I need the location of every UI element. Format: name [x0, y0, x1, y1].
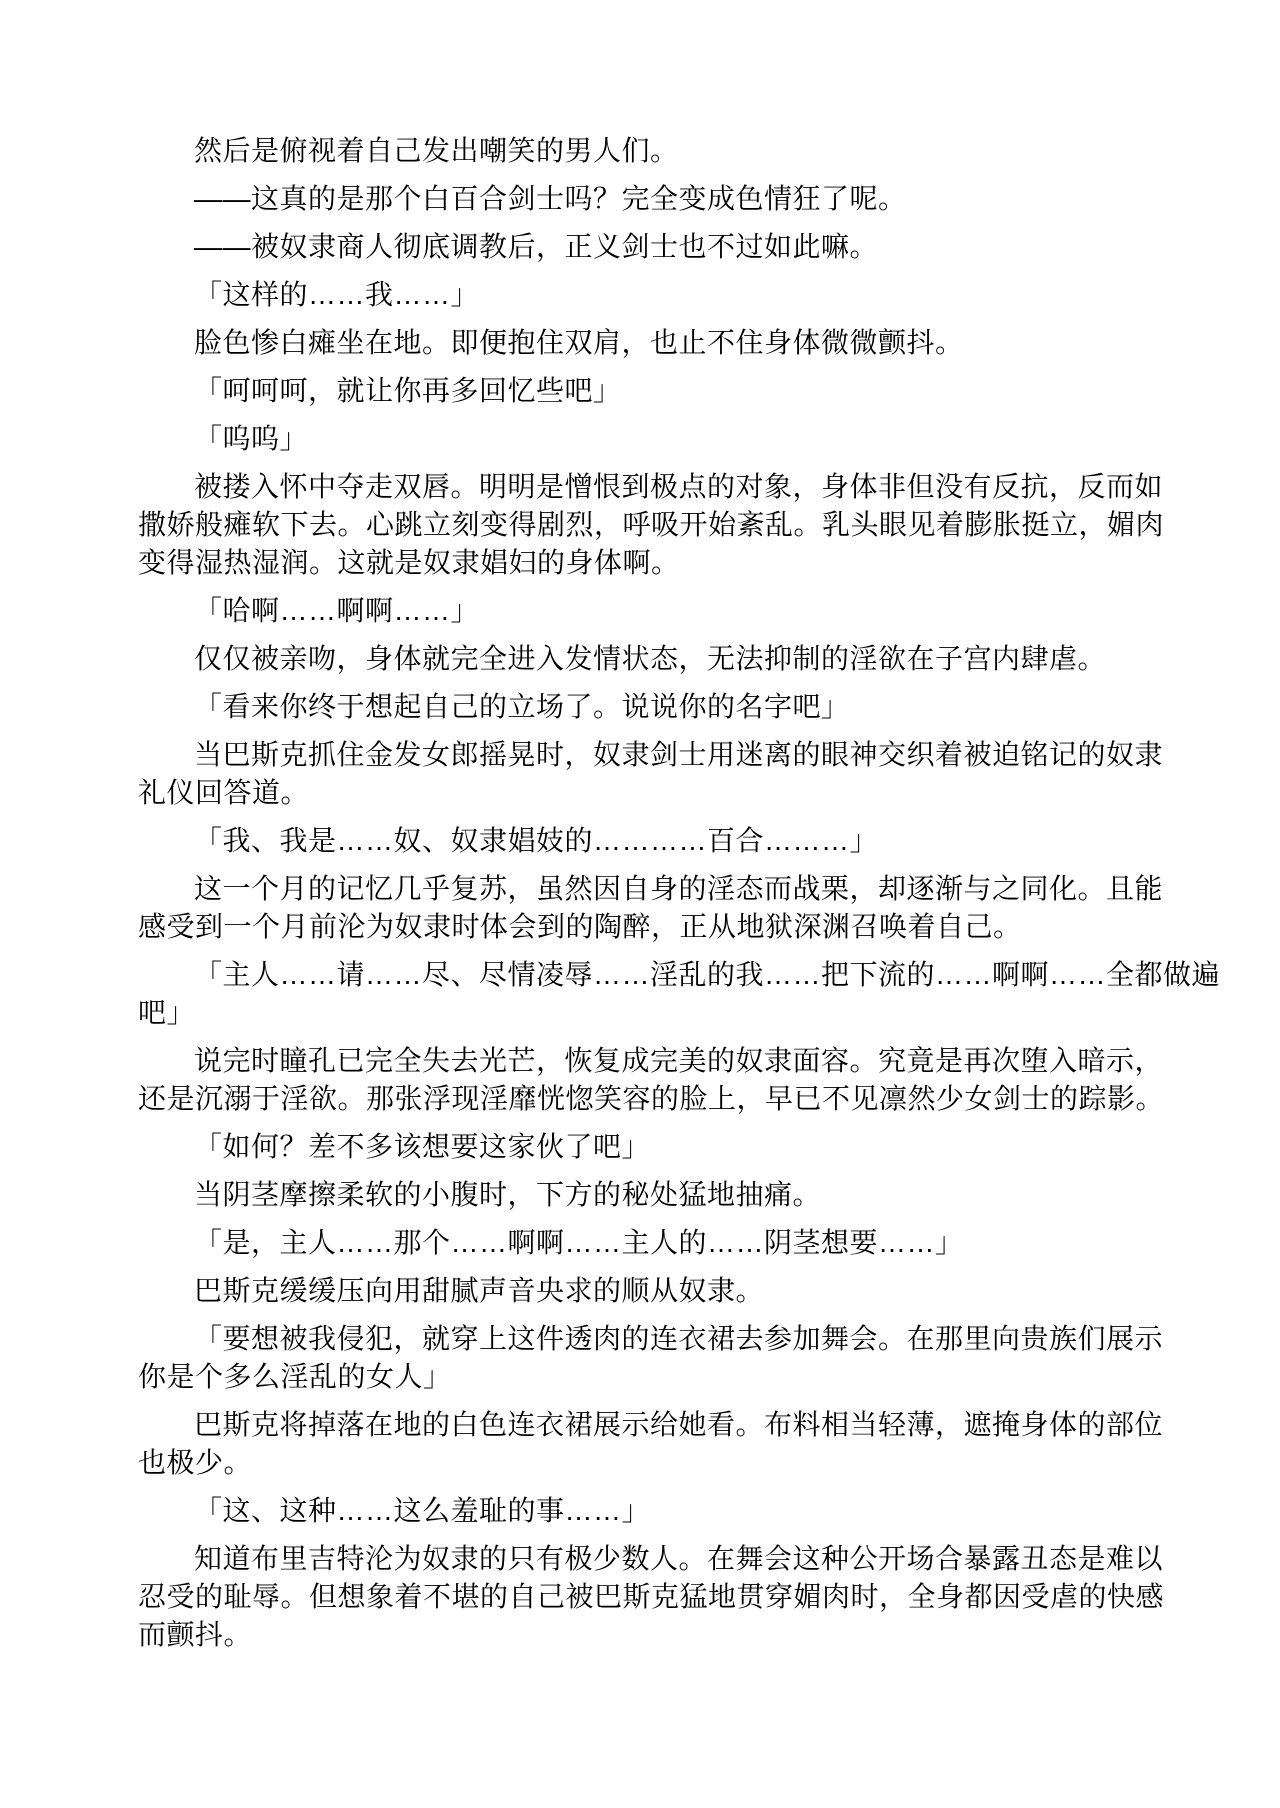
text-line: 「呜呜」 [138, 420, 1170, 458]
text-line: 巴斯克缓缓压向用甜腻声音央求的顺从奴隶。 [138, 1272, 1170, 1310]
novel-page: 然后是俯视着自己发出嘲笑的男人们。——这真的是那个白百合剑士吗？完全变成色情狂了… [0, 0, 1280, 1808]
text-line: 「呵呵呵，就让你再多回忆些吧」 [138, 372, 1170, 410]
text-line: 忍受的耻辱。但想象着不堪的自己被巴斯克猛地贯穿媚肉时，全身都因受虐的快感 [138, 1578, 1170, 1616]
paragraph-dialogue: 「这样的……我……」 [138, 276, 1170, 314]
text-line: 还是沉溺于淫欲。那张浮现淫靡恍惚笑容的脸上，早已不见凛然少女剑士的踪影。 [138, 1080, 1170, 1118]
text-line: 你是个多么淫乱的女人」 [138, 1358, 1170, 1396]
paragraph-dialogue: 「我、我是……奴、奴隶娼妓的…………百合………」 [138, 822, 1170, 860]
text-line: 「这样的……我……」 [138, 276, 1170, 314]
text-line: 撒娇般瘫软下去。心跳立刻变得剧烈，呼吸开始紊乱。乳头眼见着膨胀挺立，媚肉 [138, 506, 1170, 544]
paragraph-dialogue: 「哈啊……啊啊……」 [138, 592, 1170, 630]
text-line: 巴斯克将掉落在地的白色连衣裙展示给她看。布料相当轻薄，遮掩身体的部位 [138, 1406, 1170, 1444]
text-line: ——这真的是那个白百合剑士吗？完全变成色情狂了呢。 [138, 180, 1170, 218]
paragraph-dialogue: 「呜呜」 [138, 420, 1170, 458]
paragraph-narration: 当巴斯克抓住金发女郎摇晃时，奴隶剑士用迷离的眼神交织着被迫铭记的奴隶礼仪回答道。 [138, 736, 1170, 812]
text-line: 「哈啊……啊啊……」 [138, 592, 1170, 630]
text-line: 吧」 [138, 994, 1170, 1032]
paragraph-narration: 这一个月的记忆几乎复苏，虽然因自身的淫态而战栗，却逐渐与之同化。且能感受到一个月… [138, 870, 1170, 946]
paragraph-dialogue: 「主人……请……尽、尽情凌辱……淫乱的我……把下流的……啊啊……全都做遍吧」 [138, 956, 1170, 1032]
text-line: 当巴斯克抓住金发女郎摇晃时，奴隶剑士用迷离的眼神交织着被迫铭记的奴隶 [138, 736, 1170, 774]
text-line: 而颤抖。 [138, 1616, 1170, 1654]
text-line: 「是，主人……那个……啊啊……主人的……阴茎想要……」 [138, 1224, 1170, 1262]
paragraph-dialogue: 「这、这种……这么羞耻的事……」 [138, 1492, 1170, 1530]
text-line: ——被奴隶商人彻底调教后，正义剑士也不过如此嘛。 [138, 228, 1170, 266]
text-line: 感受到一个月前沦为奴隶时体会到的陶醉，正从地狱深渊召唤着自己。 [138, 908, 1170, 946]
text-line: 「看来你终于想起自己的立场了。说说你的名字吧」 [138, 688, 1170, 726]
paragraph-aside: ——这真的是那个白百合剑士吗？完全变成色情狂了呢。 [138, 180, 1170, 218]
text-line: 当阴茎摩擦柔软的小腹时，下方的秘处猛地抽痛。 [138, 1176, 1170, 1214]
paragraph-narration: 巴斯克缓缓压向用甜腻声音央求的顺从奴隶。 [138, 1272, 1170, 1310]
paragraph-narration: 脸色惨白瘫坐在地。即便抱住双肩，也止不住身体微微颤抖。 [138, 324, 1170, 362]
text-line: 然后是俯视着自己发出嘲笑的男人们。 [138, 132, 1170, 170]
paragraph-aside: ——被奴隶商人彻底调教后，正义剑士也不过如此嘛。 [138, 228, 1170, 266]
paragraph-narration: 然后是俯视着自己发出嘲笑的男人们。 [138, 132, 1170, 170]
text-line: 「主人……请……尽、尽情凌辱……淫乱的我……把下流的……啊啊……全都做遍 [138, 956, 1170, 994]
page-text: 然后是俯视着自己发出嘲笑的男人们。——这真的是那个白百合剑士吗？完全变成色情狂了… [138, 132, 1170, 1654]
paragraph-narration: 被搂入怀中夺走双唇。明明是憎恨到极点的对象，身体非但没有反抗，反而如撒娇般瘫软下… [138, 468, 1170, 582]
text-line: 这一个月的记忆几乎复苏，虽然因自身的淫态而战栗，却逐渐与之同化。且能 [138, 870, 1170, 908]
paragraph-dialogue: 「如何？差不多该想要这家伙了吧」 [138, 1128, 1170, 1166]
paragraph-dialogue: 「是，主人……那个……啊啊……主人的……阴茎想要……」 [138, 1224, 1170, 1262]
paragraph-narration: 知道布里吉特沦为奴隶的只有极少数人。在舞会这种公开场合暴露丑态是难以忍受的耻辱。… [138, 1540, 1170, 1654]
text-line: 说完时瞳孔已完全失去光芒，恢复成完美的奴隶面容。究竟是再次堕入暗示， [138, 1042, 1170, 1080]
text-line: 「这、这种……这么羞耻的事……」 [138, 1492, 1170, 1530]
paragraph-narration: 巴斯克将掉落在地的白色连衣裙展示给她看。布料相当轻薄，遮掩身体的部位也极少。 [138, 1406, 1170, 1482]
paragraph-dialogue: 「呵呵呵，就让你再多回忆些吧」 [138, 372, 1170, 410]
text-line: 变得湿热湿润。这就是奴隶娼妇的身体啊。 [138, 544, 1170, 582]
text-line: 「要想被我侵犯，就穿上这件透肉的连衣裙去参加舞会。在那里向贵族们展示 [138, 1320, 1170, 1358]
text-line: 「我、我是……奴、奴隶娼妓的…………百合………」 [138, 822, 1170, 860]
paragraph-narration: 当阴茎摩擦柔软的小腹时，下方的秘处猛地抽痛。 [138, 1176, 1170, 1214]
paragraph-narration: 说完时瞳孔已完全失去光芒，恢复成完美的奴隶面容。究竟是再次堕入暗示，还是沉溺于淫… [138, 1042, 1170, 1118]
text-line: 礼仪回答道。 [138, 774, 1170, 812]
text-line: 知道布里吉特沦为奴隶的只有极少数人。在舞会这种公开场合暴露丑态是难以 [138, 1540, 1170, 1578]
text-line: 脸色惨白瘫坐在地。即便抱住双肩，也止不住身体微微颤抖。 [138, 324, 1170, 362]
paragraph-dialogue: 「要想被我侵犯，就穿上这件透肉的连衣裙去参加舞会。在那里向贵族们展示你是个多么淫… [138, 1320, 1170, 1396]
text-line: 「如何？差不多该想要这家伙了吧」 [138, 1128, 1170, 1166]
text-line: 仅仅被亲吻，身体就完全进入发情状态，无法抑制的淫欲在子宫内肆虐。 [138, 640, 1170, 678]
text-line: 也极少。 [138, 1444, 1170, 1482]
paragraph-dialogue: 「看来你终于想起自己的立场了。说说你的名字吧」 [138, 688, 1170, 726]
text-line: 被搂入怀中夺走双唇。明明是憎恨到极点的对象，身体非但没有反抗，反而如 [138, 468, 1170, 506]
paragraph-narration: 仅仅被亲吻，身体就完全进入发情状态，无法抑制的淫欲在子宫内肆虐。 [138, 640, 1170, 678]
